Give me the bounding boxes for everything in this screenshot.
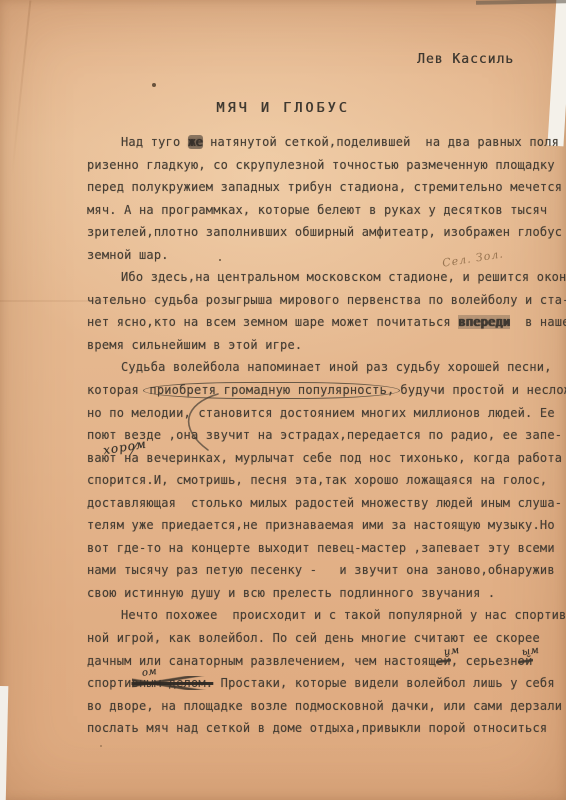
typed-line: зрителей,плотно заполнивших обширный амф… <box>87 221 566 244</box>
typed-text-block: Над туго же натянутой сеткой,поделившей … <box>87 131 566 771</box>
handwritten-correction: ом <box>140 661 158 685</box>
overstruck-word: впереди <box>458 315 510 329</box>
typed-text: нет ясно,кто на всем земном шаре может п… <box>87 315 458 329</box>
typed-line: чательно судьба розыгрыша мирового перве… <box>87 289 566 312</box>
typed-line: которая приобретя громадную популярность… <box>87 379 566 402</box>
typed-line: спортивным делом.ом Простаки, которые ви… <box>87 672 566 695</box>
paper-crease <box>11 0 32 179</box>
typed-line: вот где-то на концерте выходит певец-мас… <box>87 537 566 560</box>
paper-sheet: Лев Кассиль МЯЧ И ГЛОБУС Сел. Зол. Над т… <box>0 0 566 800</box>
typed-text: , серьезн <box>451 654 518 668</box>
typed-line: Судьба волейбола напоминает иной раз суд… <box>87 356 566 379</box>
typed-text: Простаки, которые видели волейбол лишь у… <box>213 676 555 690</box>
typed-line: послать мяч над сеткой в доме отдыха,при… <box>87 717 566 740</box>
typed-line: Нечто похожее происходит и с такой попул… <box>87 604 566 627</box>
paper-speck <box>152 83 156 87</box>
author-name: Лев Кассиль <box>417 52 514 67</box>
typed-line: нет ясно,кто на всем земном шаре может п… <box>87 311 566 334</box>
typed-text: в наше <box>510 315 566 329</box>
corrected-ending: ойым <box>518 654 533 668</box>
typed-line: доставляющая столько милых радостей множ… <box>87 492 566 515</box>
typed-line: вают хоромна вечеринках, мурлычат себе п… <box>87 447 566 470</box>
ink-blot: же <box>188 135 203 149</box>
typed-line: телям уже приедается,не признаваемая ими… <box>87 514 566 537</box>
handwritten-correction: ым <box>520 639 540 664</box>
typed-line: но по мелодии, становится достоянием мно… <box>87 402 566 425</box>
typed-line: нами тысячу раз петую песенку - и звучит… <box>87 559 566 582</box>
typed-line: Над туго же натянутой сеткой,поделившей … <box>87 131 566 154</box>
typed-text: натянутой сеткой,поделившей на два равны… <box>203 135 566 149</box>
corrected-ending: ейим <box>436 654 451 668</box>
typed-text: дачным или санаторным развлечением, чем … <box>87 654 436 668</box>
typed-line: ризенно гладкую, со скрупулезной точност… <box>87 154 566 177</box>
typed-line: земной шар. <box>87 244 566 267</box>
scan-edge-bottom-left <box>0 686 8 800</box>
typed-line: время сильнейшим в этой игре. <box>87 334 566 357</box>
scan-edge-top-right <box>547 0 566 146</box>
typed-line: перед полукружием западных трибун стадио… <box>87 176 566 199</box>
scan-shadow-top-right <box>476 0 566 5</box>
ink-circled-phrase: приобретя громадную популярность, <box>143 382 400 399</box>
typed-text: на вечеринках, мурлычат себе под нос тих… <box>124 451 562 465</box>
document-title: МЯЧ И ГЛОБУС <box>0 100 566 116</box>
typed-line: дачным или санаторным развлечением, чем … <box>87 650 566 673</box>
typed-line: поют везде ,она звучит на эстрадах,перед… <box>87 424 566 447</box>
typed-text: Над туго <box>121 135 188 149</box>
typed-text: будучи простой и неслож- <box>400 383 566 397</box>
typed-line: Ибо здесь,на центральном московском стад… <box>87 266 566 289</box>
scanned-typescript-page: { "colors": { "paper": "#e4b58c", "typew… <box>0 0 566 800</box>
typed-line: свою истинную душу и всю прелесть подлин… <box>87 582 566 605</box>
typed-line: мяч. А на программках, которые белеют в … <box>87 199 566 222</box>
typed-line: спорится.И, смотришь, песня эта,так хоро… <box>87 469 566 492</box>
typed-text: вают хором <box>87 451 124 465</box>
typed-text: которая <box>87 383 146 397</box>
typed-line: ной игрой, как волейбол. По сей день мно… <box>87 627 566 650</box>
corrected-ending: вным делом.ом <box>132 676 214 690</box>
typed-text: спорти <box>87 676 132 690</box>
typed-line: во дворе, на площадке возле подмосковной… <box>87 695 566 718</box>
